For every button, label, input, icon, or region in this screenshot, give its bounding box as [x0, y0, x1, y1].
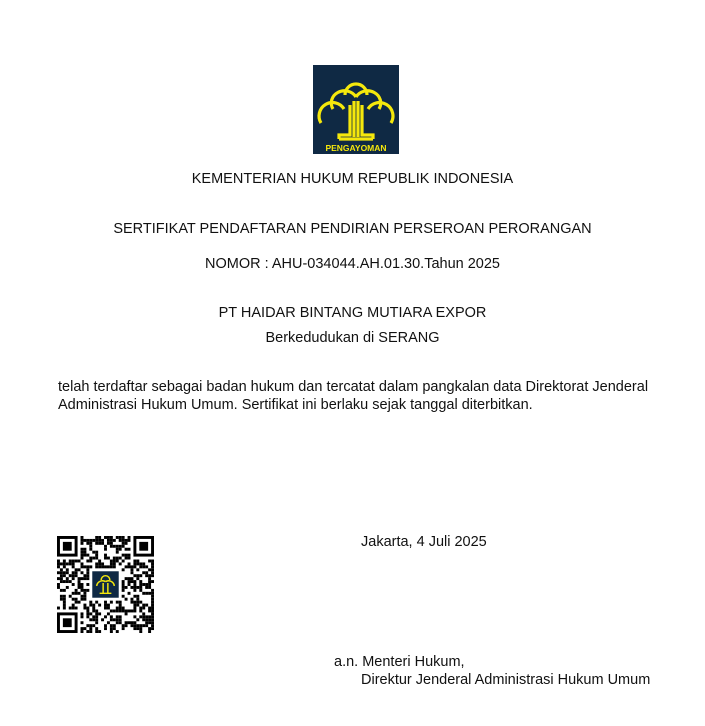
place-date: Jakarta, 4 Juli 2025	[361, 534, 487, 550]
company-name: PT HAIDAR BINTANG MUTIARA EXPOR	[0, 305, 705, 321]
certificate-title: SERTIFIKAT PENDAFTARAN PENDIRIAN PERSERO…	[0, 221, 705, 237]
statement-line-2: Administrasi Hukum Umum. Sertifikat ini …	[58, 396, 658, 414]
ministry-name: KEMENTERIAN HUKUM REPUBLIK INDONESIA	[0, 171, 705, 187]
pengayoman-logo: PENGAYOMAN	[313, 65, 399, 154]
pengayoman-tree-icon: PENGAYOMAN	[313, 65, 399, 154]
statement-line-1: telah terdaftar sebagai badan hukum dan …	[58, 378, 658, 396]
certificate-statement: telah terdaftar sebagai badan hukum dan …	[58, 378, 658, 414]
signatory-title: Direktur Jenderal Administrasi Hukum Umu…	[361, 672, 650, 688]
svg-text:PENGAYOMAN: PENGAYOMAN	[325, 143, 386, 153]
qr-code-icon	[57, 536, 154, 633]
on-behalf-of: a.n. Menteri Hukum,	[334, 654, 465, 670]
company-domicile: Berkedudukan di SERANG	[0, 330, 705, 346]
certificate-number: NOMOR : AHU-034044.AH.01.30.Tahun 2025	[0, 256, 705, 272]
